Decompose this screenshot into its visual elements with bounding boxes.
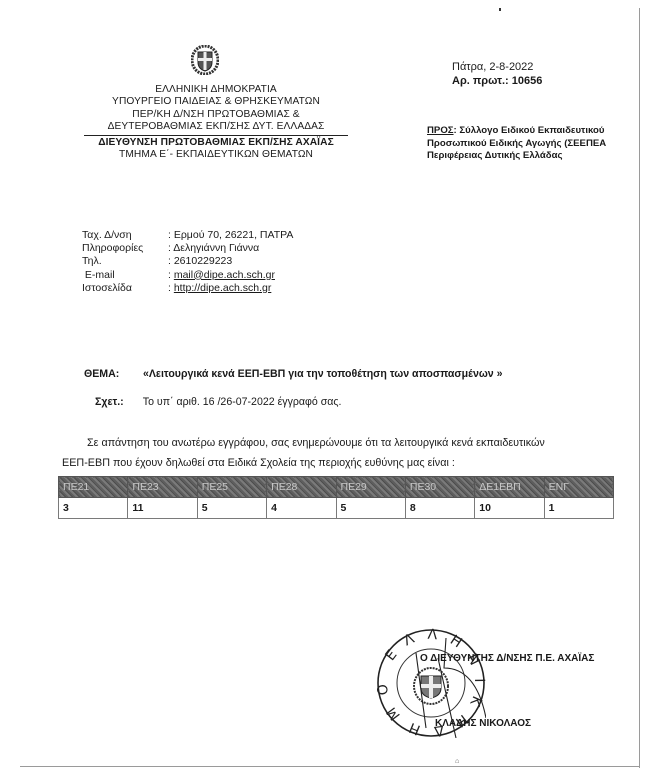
table-cell: 5 <box>336 498 405 519</box>
recipient-label: ΠΡΟΣ <box>427 125 454 136</box>
email-link[interactable]: mail@dipe.ach.sch.gr <box>174 269 275 281</box>
table-header-cell: ΕΝΓ <box>544 477 613 498</box>
contact-value: : 2610229223 <box>168 255 232 268</box>
table-header-cell: ΠΕ29 <box>336 477 405 498</box>
table-header-cell: ΠΕ25 <box>197 477 266 498</box>
contact-row-website: Ιστοσελίδα : http://dipe.ach.sch.gr <box>82 282 293 295</box>
subject-line: ΘΕΜΑ: «Λειτουργικά κενά ΕΕΠ-ΕΒΠ για την … <box>84 368 503 380</box>
body-line-2: ΕΕΠ-ΕΒΠ που έχουν δηλωθεί στα Ειδικά Σχο… <box>62 457 455 469</box>
page-edge-bottom <box>20 766 640 767</box>
directorate-name: ΔΙΕΥΘΥΝΣΗ ΠΡΩΤΟΒΑΘΜΙΑΣ ΕΚΠ/ΣΗΣ ΑΧΑΪΑΣ <box>86 137 346 149</box>
table-cell: 1 <box>544 498 613 519</box>
table-header-cell: ΠΕ28 <box>267 477 336 498</box>
department-name: ΤΜΗΜΑ Ε΄- ΕΚΠΑΙΔΕΥΤΙΚΩΝ ΘΕΜΑΤΩΝ <box>86 149 346 161</box>
contact-row-phone: Τηλ. : 2610229223 <box>82 255 293 268</box>
contact-row-email: E-mail : mail@dipe.ach.sch.gr <box>82 269 293 282</box>
table-cell: 11 <box>128 498 197 519</box>
recipient-block: ΠΡΟΣ: Σύλλογο Ειδικού Εκπαιδευτικού Προσ… <box>427 125 639 163</box>
contact-info: Ταχ. Δ/νση : Ερμού 70, 26221, ΠΑΤΡΑ Πληρ… <box>82 229 293 295</box>
signatory-name: ΚΛΑΔΗΣ ΝΙΚΟΛΑΟΣ <box>435 718 531 729</box>
signatory-title: Ο ΔΙΕΥΘΥΝΤΗΣ Δ/ΝΣΗΣ Π.Ε. ΑΧΑΪΑΣ <box>420 653 594 664</box>
reference-label: Σχετ.: <box>95 396 140 408</box>
table-header-cell: ΠΕ21 <box>59 477 128 498</box>
table-header-cell: ΠΕ23 <box>128 477 197 498</box>
recipient-line: : Σύλλογο Ειδικού Εκπαιδευτικού <box>454 125 605 136</box>
contact-value: : mail@dipe.ach.sch.gr <box>168 269 275 282</box>
contact-label: E-mail <box>82 269 168 282</box>
table-cell: 5 <box>197 498 266 519</box>
table-cell: 4 <box>267 498 336 519</box>
scan-speck <box>499 8 501 11</box>
vacancies-table: ΠΕ21 ΠΕ23 ΠΕ25 ΠΕ28 ΠΕ29 ΠΕ30 ΔΕ1ΕΒΠ ΕΝΓ… <box>58 476 614 519</box>
scan-mark: ⌂ <box>455 758 459 765</box>
issuer-header: ΕΛΛΗΝΙΚΗ ΔΗΜΟΚΡΑΤΙΑ ΥΠΟΥΡΓΕΙΟ ΠΑΙΔΕΙΑΣ &… <box>86 84 346 161</box>
date-block: Πάτρα, 2-8-2022 Αρ. πρωτ.: 10656 <box>452 60 542 88</box>
table-row: 3 11 5 4 5 8 10 1 <box>59 498 614 519</box>
subject-label: ΘΕΜΑ: <box>84 368 140 380</box>
contact-label: Ταχ. Δ/νση <box>82 229 168 242</box>
header-line: ΕΛΛΗΝΙΚΗ ΔΗΜΟΚΡΑΤΙΑ <box>86 84 346 96</box>
contact-label: Τηλ. <box>82 255 168 268</box>
body-paragraph: Σε απάντηση του ανωτέρω εγγράφου, σας εν… <box>62 433 639 473</box>
table-header-cell: ΔΕ1ΕΒΠ <box>475 477 544 498</box>
protocol-number: Αρ. πρωτ.: 10656 <box>452 74 542 88</box>
table-header-row: ΠΕ21 ΠΕ23 ΠΕ25 ΠΕ28 ΠΕ29 ΠΕ30 ΔΕ1ΕΒΠ ΕΝΓ <box>59 477 614 498</box>
body-line-1: Σε απάντηση του ανωτέρω εγγράφου, σας εν… <box>62 433 639 453</box>
subject-text: «Λειτουργικά κενά ΕΕΠ-ΕΒΠ για την τοποθέ… <box>143 368 503 380</box>
header-line: ΔΕΥΤΕΡΟΒΑΘΜΙΑΣ ΕΚΠ/ΣΗΣ ΔΥΤ. ΕΛΛΑΔΑΣ <box>86 121 346 133</box>
page-edge-right <box>639 8 640 768</box>
contact-row-info: Πληροφορίες : Δεληγιάννη Γιάννα <box>82 242 293 255</box>
table-cell: 3 <box>59 498 128 519</box>
recipient-line: Προσωπικού Ειδικής Αγωγής (ΣΕΕΠΕΑ <box>427 138 639 151</box>
contact-row-address: Ταχ. Δ/νση : Ερμού 70, 26221, ΠΑΤΡΑ <box>82 229 293 242</box>
contact-value: : Δεληγιάννη Γιάννα <box>168 242 259 255</box>
recipient-line: Περιφέρειας Δυτικής Ελλάδας <box>427 150 639 163</box>
website-link[interactable]: http://dipe.ach.sch.gr <box>174 282 271 294</box>
table-cell: 10 <box>475 498 544 519</box>
table-cell: 8 <box>405 498 474 519</box>
place-date: Πάτρα, 2-8-2022 <box>452 60 542 74</box>
greek-coat-of-arms-icon <box>191 45 219 75</box>
reference-line: Σχετ.: Το υπ΄ αριθ. 16 /26-07-2022 έγγρα… <box>95 396 341 408</box>
contact-value: : http://dipe.ach.sch.gr <box>168 282 271 295</box>
header-divider <box>84 135 348 136</box>
contact-value: : Ερμού 70, 26221, ΠΑΤΡΑ <box>168 229 293 242</box>
header-line: ΥΠΟΥΡΓΕΙΟ ΠΑΙΔΕΙΑΣ & ΘΡΗΣΚΕΥΜΑΤΩΝ <box>86 96 346 108</box>
reference-text: Το υπ΄ αριθ. 16 /26-07-2022 έγγραφό σας. <box>143 396 342 408</box>
table-header-cell: ΠΕ30 <box>405 477 474 498</box>
header-line: ΠΕΡ/ΚΗ Δ/ΝΣΗ ΠΡΩΤΟΒΑΘΜΙΑΣ & <box>86 109 346 121</box>
contact-label: Πληροφορίες <box>82 242 168 255</box>
contact-label: Ιστοσελίδα <box>82 282 168 295</box>
